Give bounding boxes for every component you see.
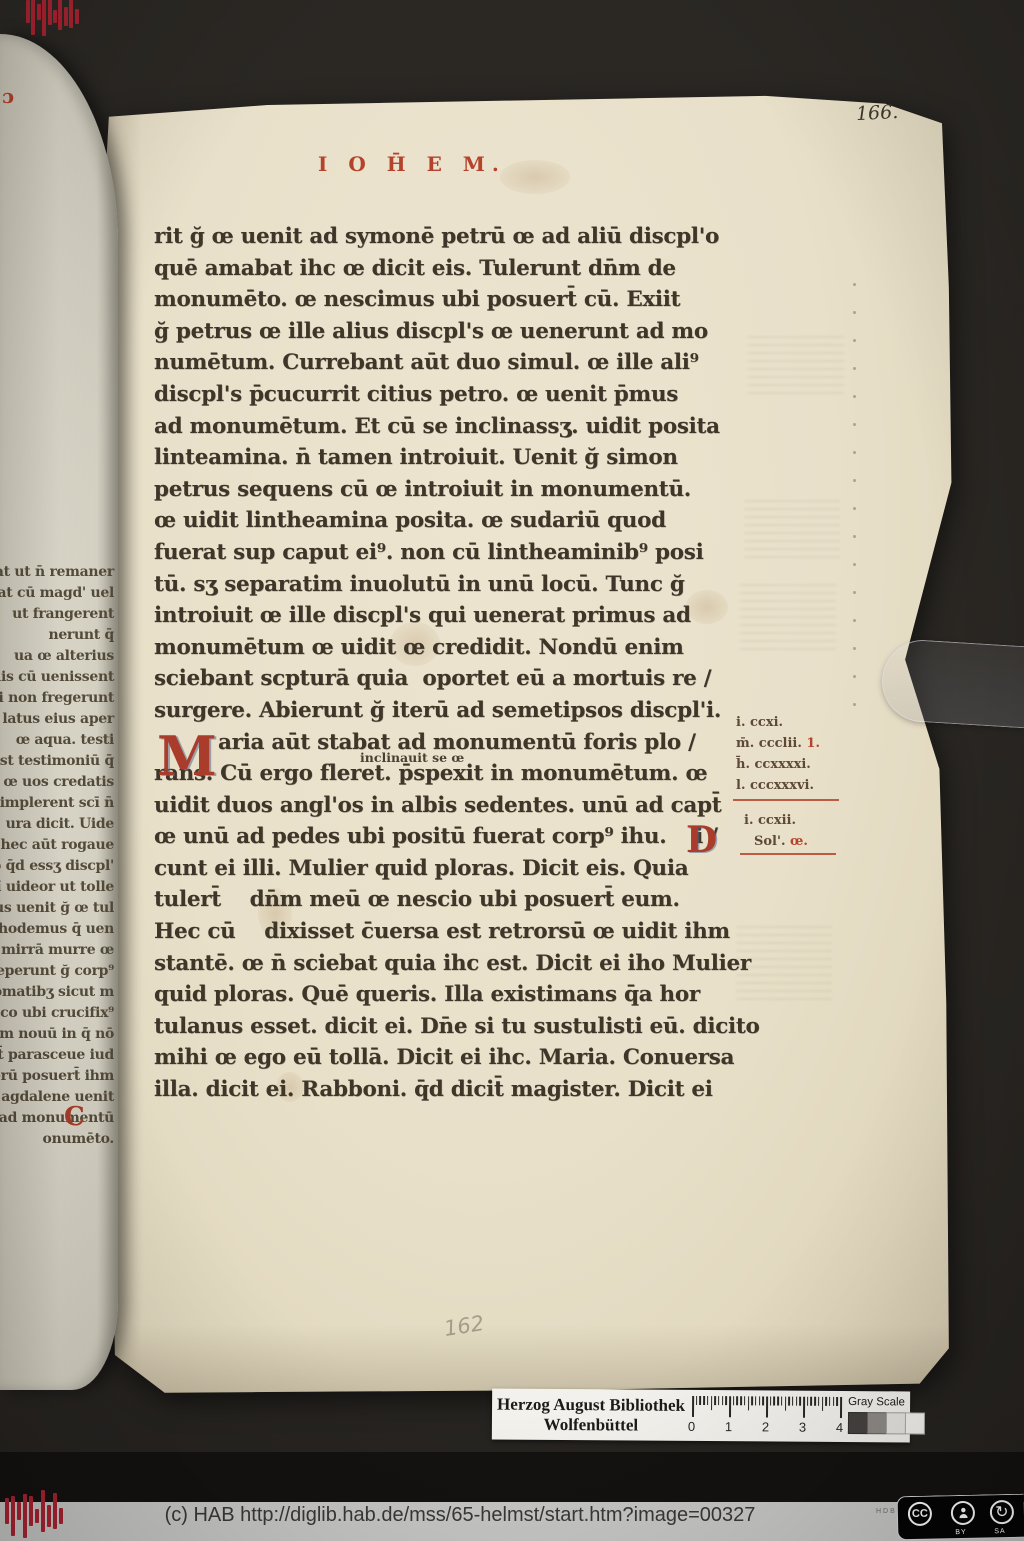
prick-mark-dot — [853, 283, 856, 286]
manuscript-line: mihi œ ego eū tollā. Dicit ei ihc. Maria… — [154, 1042, 776, 1074]
manuscript-line: œ uidit lintheamina posita. œ sudariū qu… — [154, 505, 776, 537]
red-underline — [740, 853, 836, 855]
verso-fragment: a latus eius aper — [0, 709, 114, 730]
manuscript-line: rans. Cū ergo fleret. p̄spexit in monumē… — [154, 758, 776, 790]
ruler-number: 1 — [725, 1419, 732, 1434]
ruler-tick — [792, 1396, 794, 1405]
hab-comb-logo-top — [26, 0, 90, 40]
logo-bar — [31, 0, 35, 35]
prick-mark-dot — [853, 367, 856, 370]
verso-text-fragments: rat ut n̄ remanererat cū magd' uelut fra… — [0, 562, 114, 1150]
manuscript-line: introiuit œ ille discpl's qui uenerat pr… — [154, 600, 776, 632]
prick-mark-dot — [853, 675, 856, 678]
manuscript-line: linteamina. n̄ tamen introiuit. Uenit ğ … — [154, 442, 776, 474]
cc-by-label: BY — [955, 1529, 966, 1536]
ruler-tick — [814, 1396, 816, 1405]
logo-bar — [69, 0, 73, 28]
cc-sa-arrow-icon: ↻ — [990, 1500, 1014, 1524]
verso-fragment: hec aūt rogaue — [0, 835, 114, 856]
verso-fragment: implerent scī n̄ — [0, 793, 114, 814]
manuscript-line: monumētum œ uidit œ credidit. Nondū enim — [154, 632, 776, 664]
verso-fragment: ura dicit. Uide — [0, 814, 114, 835]
ruler-number: 4 — [836, 1419, 843, 1434]
manuscript-line: aria aūt stabat ad monumentū foris plo ∕ — [154, 727, 776, 759]
ruler-tick — [825, 1396, 827, 1405]
logo-bar — [42, 0, 46, 36]
illuminated-initial-m: M — [157, 729, 217, 783]
manuscript-line: illa. dicit ei. Rabboni. q̄d dicit̄ magi… — [154, 1074, 776, 1106]
logo-bar — [47, 1505, 51, 1527]
manuscript-line: rit ğ œ uenit ad symonē petrū œ ad aliū … — [154, 221, 776, 253]
ruler-tick — [781, 1396, 783, 1405]
ruler-tick — [785, 1396, 787, 1410]
verso-fragment: eo q̄d essʒ discpl' — [0, 856, 114, 877]
verso-fragment: ut frangerent — [0, 604, 114, 625]
manuscript-line: tulanus esset. dicit ei. Dn̄e si tu sust… — [154, 1011, 776, 1043]
prick-mark-dot — [853, 507, 856, 510]
logo-bar — [53, 1493, 57, 1529]
logo-bar — [23, 1494, 27, 1538]
verso-fragment: ua œ alterius — [0, 646, 114, 667]
ruler-tick — [766, 1396, 768, 1417]
text-block: rit ğ œ uenit ad symonē petrū œ ad aliū … — [154, 221, 776, 1106]
manuscript-line: petrus sequens cū œ introiuit in monumen… — [154, 474, 776, 506]
verso-fragment: erat cū magd' uel — [0, 583, 114, 604]
interlinear-gloss: inclinauit se œ — [360, 750, 464, 765]
ruler-tick — [744, 1396, 746, 1405]
verso-fragment: ceperunt ğ corp⁹ — [0, 961, 114, 982]
grayscale-label: Gray Scale — [848, 1396, 908, 1408]
logo-bar — [64, 7, 68, 27]
manuscript-line: fuerat sup caput ei⁹. non cū lintheamini… — [154, 537, 776, 569]
ruler-number: 0 — [688, 1418, 695, 1433]
canon-reference-line: i. ccxii. — [744, 810, 808, 831]
verso-fragment: uis cū uenissent — [0, 667, 114, 688]
parchment-stain — [500, 160, 570, 194]
verso-fragment: chodemus q̄ uen — [0, 919, 114, 940]
prick-mark-dot — [853, 479, 856, 482]
verso-fragment: nerunt q̄ — [0, 625, 114, 646]
ruler-tick — [796, 1396, 798, 1405]
manuscript-line: Hec cū dixisset c̄uersa est retrorsū œ u… — [154, 916, 776, 948]
prick-mark-dot — [853, 703, 856, 706]
ruler-tick — [696, 1395, 698, 1404]
verso-fragment: ī uideor ut tolle — [0, 877, 114, 898]
verso-fragment: loco ubi crucifix⁹ — [0, 1003, 114, 1024]
ruler-tick — [733, 1396, 735, 1405]
ruler-tick — [836, 1396, 838, 1405]
verso-fragment: agdalene uenit — [0, 1087, 114, 1108]
ruler-tick — [840, 1396, 842, 1417]
prick-mark-dot — [853, 395, 856, 398]
canon-reference-block-2: i. ccxii.Sol'. œ. — [744, 810, 808, 852]
verso-fragment: us uenit ğ œ tul — [0, 898, 114, 919]
ruler-tick — [807, 1396, 809, 1405]
logo-bar — [48, 0, 52, 25]
ruler-tick — [703, 1396, 705, 1405]
canon-reference-line: i. ccxi. — [736, 712, 820, 733]
prick-mark-dot — [853, 311, 856, 314]
manuscript-line: tū. sʒ separatim inuolutū in unū locū. T… — [154, 569, 776, 601]
copyright-url: (c) HAB http://diglib.hab.de/mss/65-helm… — [0, 1504, 920, 1541]
manuscript-line: cunt ei illi. Mulier quid ploras. Dicit … — [154, 853, 776, 885]
ruler-tick — [777, 1396, 779, 1405]
logo-bar — [75, 9, 79, 23]
logo-bar — [5, 1498, 9, 1524]
verso-fragment: est testimoniū q̄ — [0, 751, 114, 772]
prick-mark-dot — [853, 423, 856, 426]
verso-fragment: erū posuert̄ ihm — [0, 1066, 114, 1087]
ruler-tick — [748, 1396, 750, 1410]
ruler-tick — [751, 1396, 753, 1405]
logo-bar — [58, 0, 62, 30]
ruler-tick — [729, 1396, 731, 1417]
grayscale-patch — [867, 1412, 887, 1434]
ruler-tick — [711, 1396, 713, 1410]
page-holder-strip — [880, 638, 1024, 729]
canon-reference-line: h̄. ccxxxxi. — [736, 754, 820, 775]
ruler-tick — [833, 1396, 835, 1405]
logo-bar — [11, 1496, 15, 1536]
hab-comb-logo-bottom — [5, 1489, 69, 1537]
ruler-tick — [818, 1396, 820, 1405]
ruler-tick — [718, 1396, 720, 1405]
red-abbreviation: œ. — [786, 834, 808, 849]
previous-page-edge: ɔ rat ut n̄ remanererat cū magd' uelut f… — [0, 34, 118, 1390]
verso-fragment: t ad monumentū — [0, 1108, 114, 1129]
ruler-number: 2 — [762, 1419, 769, 1434]
verso-fragment: rat ut n̄ remaner — [0, 562, 114, 583]
ruler-tick — [755, 1396, 757, 1405]
ruler-tick — [714, 1396, 716, 1405]
prick-mark-dot — [853, 619, 856, 622]
logo-bar — [59, 1508, 63, 1524]
verso-fragment: œ uos credatis — [0, 772, 114, 793]
canon-reference-line: Sol'. œ. — [744, 831, 808, 852]
prick-mark-dot — [853, 339, 856, 342]
prick-mark-dot — [853, 563, 856, 566]
logo-bar — [35, 1509, 39, 1523]
verso-fragment: œ aqua. testi — [0, 730, 114, 751]
logo-bar — [26, 0, 30, 23]
prick-mark-dot — [853, 647, 856, 650]
ruler-tick — [770, 1396, 772, 1405]
footer-black-band — [0, 1452, 1024, 1502]
logo-bar — [37, 4, 41, 20]
ruler-tick — [736, 1396, 738, 1405]
manuscript-line: tulert̄ dn̄m meū œ nescio ubi posuert̄ e… — [154, 884, 776, 916]
verso-fragment: onumēto. — [0, 1129, 114, 1150]
ruler-tick — [799, 1396, 801, 1405]
ruler-tick — [829, 1396, 831, 1405]
ruler-tick — [699, 1395, 701, 1404]
reference-scale-card: Herzog August Bibliothek Wolfenbüttel 01… — [492, 1389, 910, 1443]
manuscript-line: monumēto. œ nescimus ubi posuert̄ cū. Ex… — [154, 284, 776, 316]
ruler-tick — [803, 1396, 805, 1417]
logo-bar — [17, 1502, 21, 1520]
red-numeral: 1. — [802, 736, 820, 751]
logo-bar — [41, 1490, 45, 1532]
canon-reference-line: m̄. ccclii. 1. — [736, 733, 820, 754]
person-icon — [956, 1506, 969, 1519]
manuscript-line: sciebant scpturā quia oportet eū a mortu… — [154, 663, 776, 695]
ruler-tick — [788, 1396, 790, 1405]
grayscale-patches — [848, 1412, 924, 1435]
verso-fragment: aromatibʒ sicut m — [0, 982, 114, 1003]
manuscript-line: discpl's p̄cucurrit citius petro. œ ueni… — [154, 379, 776, 411]
verso-fragment: i non fregerunt — [0, 688, 114, 709]
institution-line1: Herzog August Bibliothek — [492, 1394, 690, 1415]
ruler-tick — [725, 1396, 727, 1405]
ruler-tick — [762, 1396, 764, 1405]
grayscale-patch — [848, 1412, 868, 1434]
grayscale-patch — [886, 1412, 906, 1434]
illuminated-initial-d: D — [686, 822, 717, 858]
verso-fragment: ropt̄ parasceue iud — [0, 1045, 114, 1066]
verso-fragment: mirrā murre œ — [0, 940, 114, 961]
grayscale-target: Gray Scale — [848, 1394, 908, 1440]
verso-fragment: um nouū in q̄ nō — [0, 1024, 114, 1045]
cc-by-person-icon — [951, 1501, 975, 1525]
prick-mark-dot — [853, 591, 856, 594]
ruler-tick — [759, 1396, 761, 1405]
institution-line2: Wolfenbüttel — [492, 1414, 690, 1435]
cc-license-badge: CC ↻ BY SA — [897, 1494, 1024, 1541]
manuscript-line: stantē. œ n̄ sciebat quia ihc est. Dicit… — [154, 948, 776, 980]
logo-bar — [29, 1496, 33, 1526]
ruler-tick — [740, 1396, 742, 1405]
verso-red-initial: C — [64, 1102, 85, 1132]
verso-red-mark: ɔ — [2, 84, 14, 108]
manuscript-line: œ unū ad pedes ubi positū fuerat corp⁹ i… — [154, 821, 776, 853]
footer-watermark: HDB — [876, 1508, 897, 1515]
cc-sa-label: SA — [994, 1528, 1005, 1535]
grayscale-patch — [905, 1412, 925, 1434]
logo-bar — [53, 10, 57, 23]
manuscript-line: quid ploras. Quē queris. Illa existimans… — [154, 979, 776, 1011]
cm-ruler: 01234 — [690, 1392, 850, 1439]
manuscript-line: quē amabat ihc œ dicit eis. Tulerunt dn̄… — [154, 253, 776, 285]
ruler-tick — [810, 1396, 812, 1405]
manuscript-line: numētum. Currebant aūt duo simul. œ ille… — [154, 347, 776, 379]
rubric-heading: I O H̄ E M. — [318, 152, 506, 176]
canon-reference-block-1: i. ccxi.m̄. ccclii. 1.h̄. ccxxxxi.l. ccc… — [736, 712, 820, 796]
ruler-tick — [822, 1396, 824, 1410]
prick-mark-dot — [853, 535, 856, 538]
ruler-tick — [773, 1396, 775, 1405]
ruler-number: 3 — [799, 1419, 806, 1434]
prick-mark-dot — [853, 451, 856, 454]
manuscript-line: uidit duos angl'os in albis sedentes. un… — [154, 790, 776, 822]
canon-reference-line: l. cccxxxvi. — [736, 775, 820, 796]
manuscript-line: ğ petrus œ ille alius discpl's œ uenerun… — [154, 316, 776, 348]
ruler-tick — [707, 1396, 709, 1405]
ruler-tick — [722, 1396, 724, 1405]
cc-logo-icon: CC — [908, 1502, 932, 1526]
manuscript-line: surgere. Abierunt ğ iterū ad semetipsos … — [154, 695, 776, 727]
scan-viewport: ɔ rat ut n̄ remanererat cū magd' uelut f… — [0, 0, 1024, 1541]
red-underline — [733, 799, 839, 801]
folio-number: 166. — [855, 101, 898, 125]
manuscript-line: ad monumētum. Et cū se inclinassʒ. uidit… — [154, 411, 776, 443]
institution-label: Herzog August Bibliothek Wolfenbüttel — [492, 1394, 690, 1435]
ruler-tick — [692, 1395, 694, 1416]
